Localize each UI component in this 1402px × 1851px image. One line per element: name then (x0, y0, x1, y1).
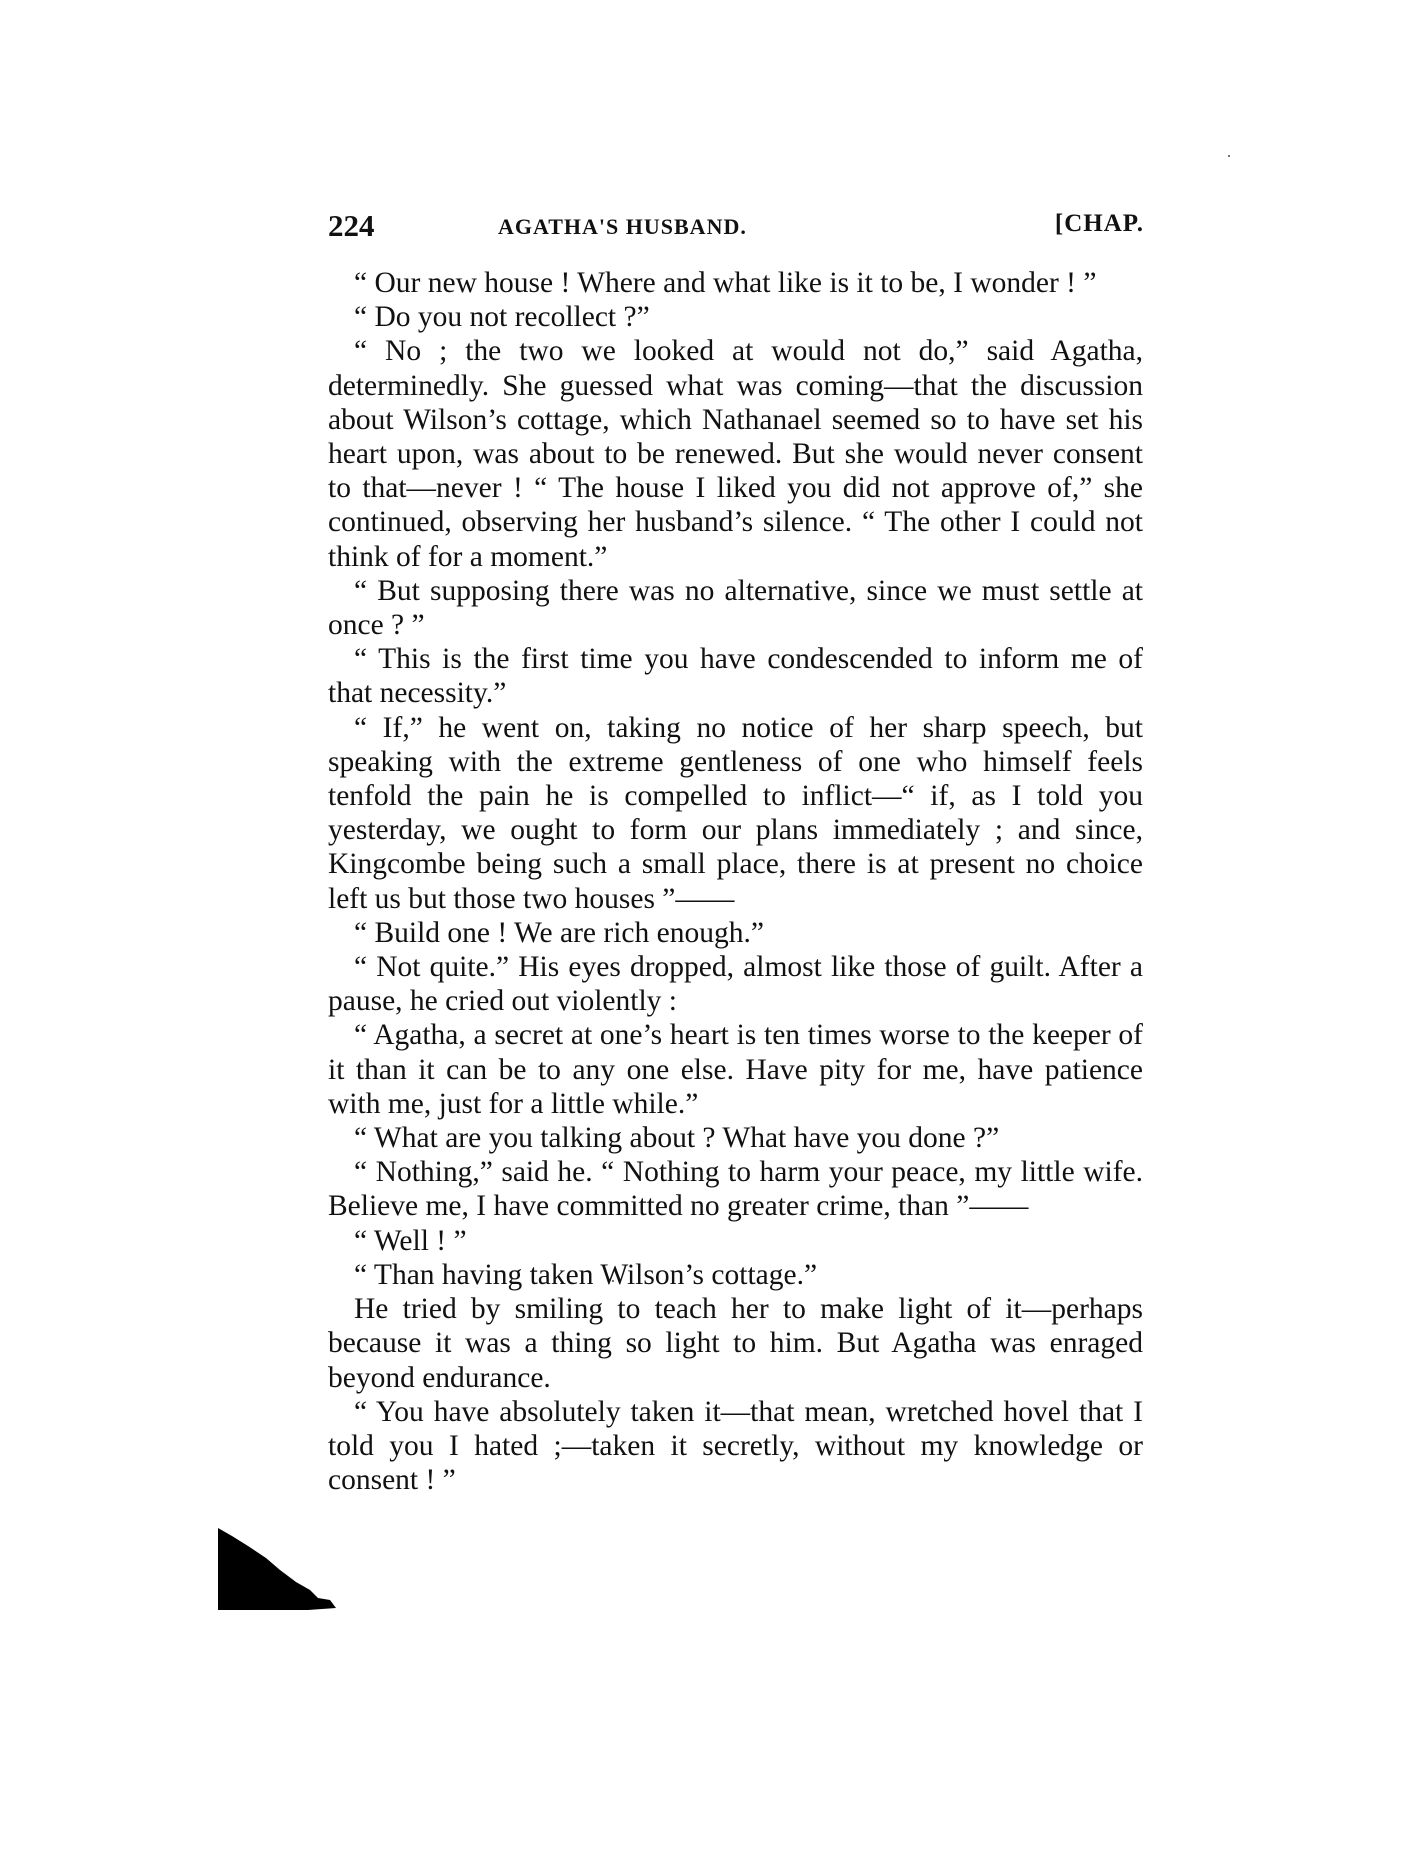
paragraph: “ This is the first time you have condes… (328, 642, 1143, 710)
scan-blot (218, 1528, 336, 1610)
paragraph: “ Build one ! We are rich enough.” (328, 916, 1143, 950)
body-text: “ Our new house ! Where and what like is… (328, 266, 1143, 1497)
running-header: 224 AGATHA'S HUSBAND. [CHAP. (328, 208, 1144, 248)
paragraph: “ Nothing,” said he. “ Nothing to harm y… (328, 1155, 1143, 1223)
page-number: 224 (328, 208, 375, 244)
paragraph: “ But supposing there was no alternative… (328, 574, 1143, 642)
book-page: 224 AGATHA'S HUSBAND. [CHAP. “ Our new h… (0, 0, 1402, 1851)
paragraph: “ Well ! ” (328, 1224, 1143, 1258)
paragraph: “ If,” he went on, taking no notice of h… (328, 711, 1143, 916)
paragraph: “ Agatha, a secret at one’s heart is ten… (328, 1018, 1143, 1121)
scan-speck (1228, 155, 1230, 157)
scan-speck (612, 1280, 614, 1282)
paragraph: He tried by smiling to teach her to make… (328, 1292, 1143, 1395)
paragraph: “ Do you not recollect ?” (328, 300, 1143, 334)
running-title: AGATHA'S HUSBAND. (498, 214, 747, 240)
paragraph: “ Than having taken Wilson’s cottage.” (328, 1258, 1143, 1292)
paragraph: “ No ; the two we looked at would not do… (328, 334, 1143, 573)
paragraph: “ What are you talking about ? What have… (328, 1121, 1143, 1155)
chapter-marker: [CHAP. (1055, 210, 1144, 238)
paragraph: “ Our new house ! Where and what like is… (328, 266, 1143, 300)
paragraph: “ Not quite.” His eyes dropped, almost l… (328, 950, 1143, 1018)
paragraph: “ You have absolutely taken it—that mean… (328, 1395, 1143, 1498)
